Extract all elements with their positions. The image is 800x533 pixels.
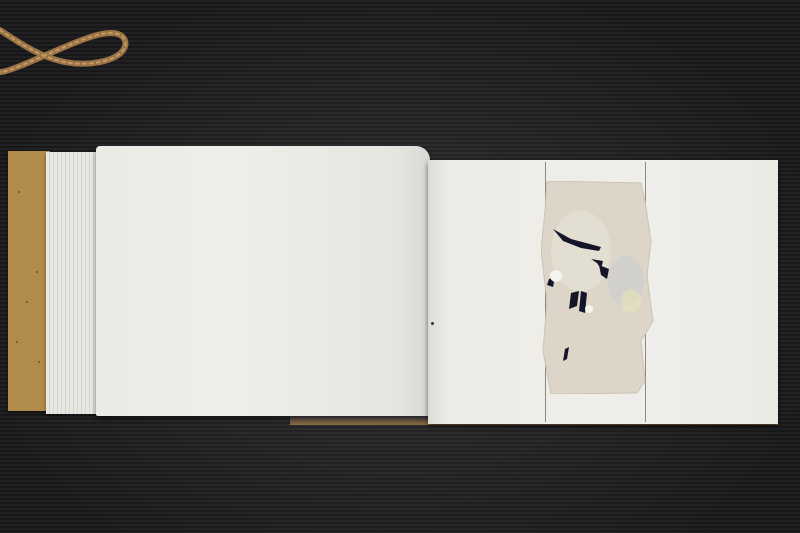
fold-mark: [431, 322, 434, 325]
torn-paper-collage: [541, 181, 654, 394]
twine-loop: [0, 0, 200, 100]
left-blank-page: [96, 146, 430, 416]
kraft-front-cover: [8, 151, 50, 411]
